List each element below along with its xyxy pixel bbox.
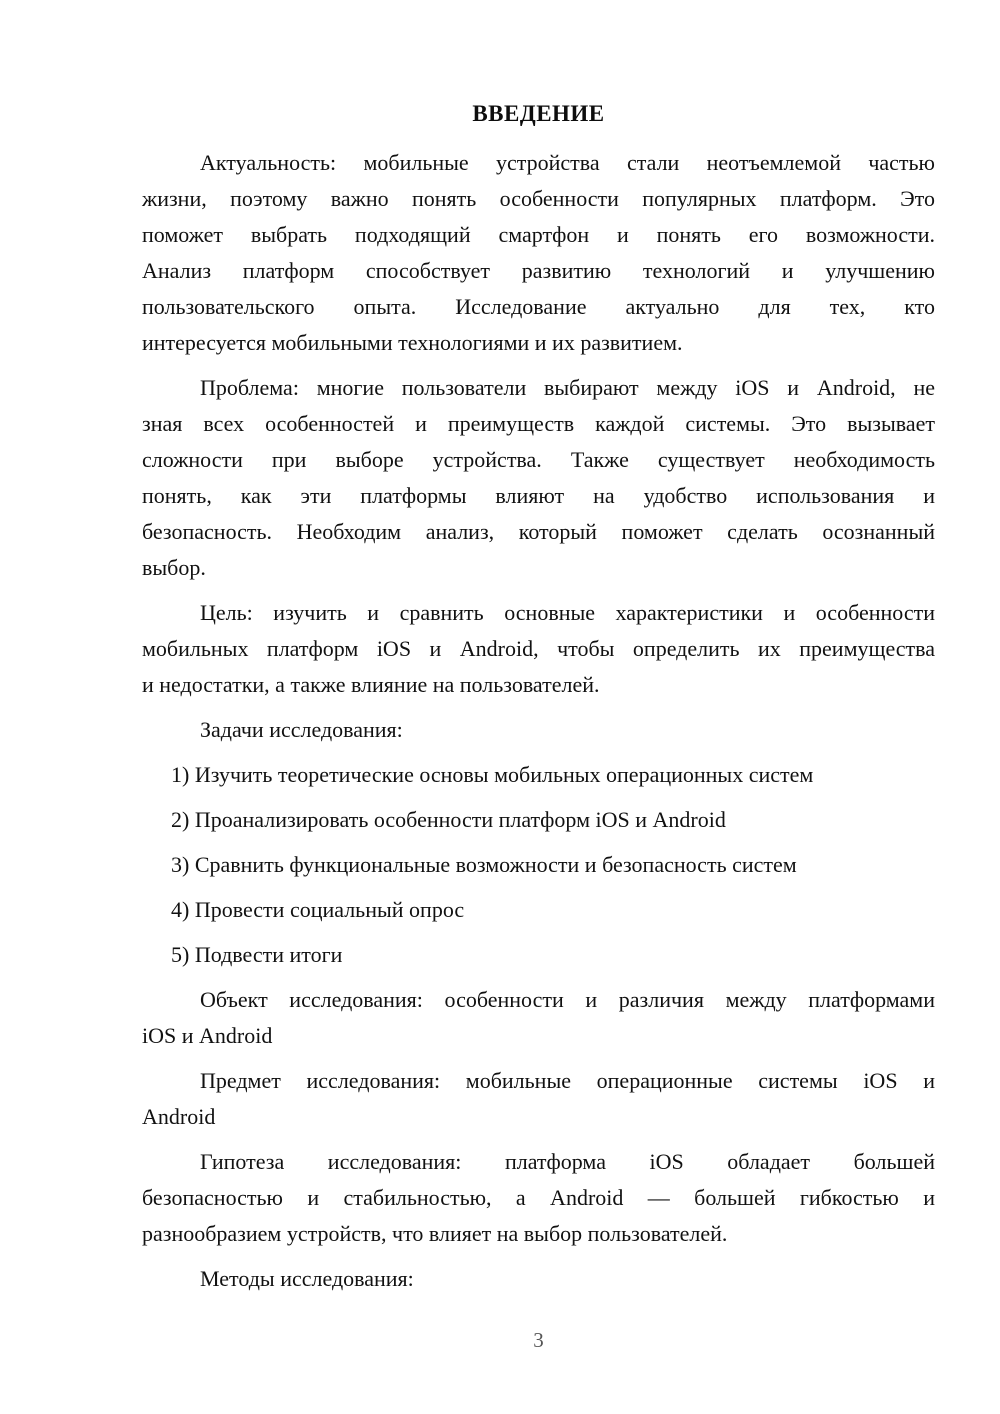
document-heading: ВВЕДЕНИЕ — [142, 95, 935, 133]
page-number: 3 — [142, 1328, 935, 1352]
text-line: понять, как эти платформы влияют на удоб… — [142, 478, 935, 514]
text-line: пользовательского опыта. Исследование ак… — [142, 289, 935, 325]
task-item: 4) Провести социальный опрос — [142, 892, 935, 928]
text-line: Android — [142, 1099, 935, 1135]
text-line: Гипотеза исследования: платформа iOS обл… — [142, 1144, 935, 1180]
text-line: Анализ платформ способствует развитию те… — [142, 253, 935, 289]
text-line: безопасность. Необходим анализ, который … — [142, 514, 935, 550]
text-line: Объект исследования: особенности и разли… — [142, 982, 935, 1018]
text-line: и недостатки, а также влияние на пользов… — [142, 667, 935, 703]
text-line: сложности при выборе устройства. Также с… — [142, 442, 935, 478]
text-line: iOS и Android — [142, 1018, 935, 1054]
paragraph-problem: Проблема: многие пользователи выбирают м… — [142, 370, 935, 586]
text-line: интересуется мобильными технологиями и и… — [142, 325, 935, 361]
text-line: Актуальность: мобильные устройства стали… — [142, 145, 935, 181]
text-line: мобильных платформ iOS и Android, чтобы … — [142, 631, 935, 667]
task-item: 3) Сравнить функциональные возможности и… — [142, 847, 935, 883]
paragraph-object: Объект исследования: особенности и разли… — [142, 982, 935, 1054]
paragraph-goal: Цель: изучить и сравнить основные характ… — [142, 595, 935, 703]
paragraph-hypothesis: Гипотеза исследования: платформа iOS обл… — [142, 1144, 935, 1252]
tasks-heading: Задачи исследования: — [142, 712, 935, 748]
text-line: безопасностью и стабильностью, а Android… — [142, 1180, 935, 1216]
text-line: поможет выбрать подходящий смартфон и по… — [142, 217, 935, 253]
text-line: Проблема: многие пользователи выбирают м… — [142, 370, 935, 406]
methods-heading: Методы исследования: — [142, 1261, 935, 1297]
text-line: зная всех особенностей и преимуществ каж… — [142, 406, 935, 442]
task-item: 2) Проанализировать особенности платформ… — [142, 802, 935, 838]
paragraph-subject: Предмет исследования: мобильные операцио… — [142, 1063, 935, 1135]
text-line: жизни, поэтому важно понять особенности … — [142, 181, 935, 217]
text-line: Цель: изучить и сравнить основные характ… — [142, 595, 935, 631]
task-item: 1) Изучить теоретические основы мобильны… — [142, 757, 935, 793]
text-line: разнообразием устройств, что влияет на в… — [142, 1216, 935, 1252]
text-line: выбор. — [142, 550, 935, 586]
tasks-list: 1) Изучить теоретические основы мобильны… — [142, 757, 935, 973]
task-item: 5) Подвести итоги — [142, 937, 935, 973]
document-page: ВВЕДЕНИЕ Актуальность: мобильные устройс… — [0, 0, 1000, 1414]
paragraph-relevance: Актуальность: мобильные устройства стали… — [142, 145, 935, 361]
text-line: Предмет исследования: мобильные операцио… — [142, 1063, 935, 1099]
